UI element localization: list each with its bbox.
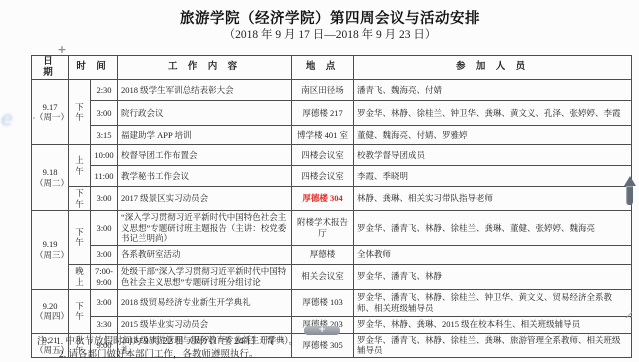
cell-participants: 李霞、季晓明 — [354, 166, 632, 187]
watermark-artifact: e — [1, 108, 13, 130]
table-row: 9.17 （周一） 下午 2:30 2018 级学生军训总结表彰大会 南区田径场… — [32, 80, 632, 101]
cell-content: 2018 级学生军训总结表彰大会 — [118, 80, 292, 101]
cell-period: 下午 — [69, 211, 91, 265]
cell-participants: 潘青飞、魏海亮、付婧 — [354, 80, 632, 101]
cell-location: 四楼会议室 — [292, 145, 354, 166]
cell-time: 7:00- 9:00 — [91, 264, 118, 289]
cell-time: 3:00 — [91, 289, 118, 316]
table-row: 3:00 院行政会议 厚德楼 217 罗金华、林静、徐桂兰、钟卫华、龚琳、黄文义… — [32, 101, 632, 126]
cell-time: 10:00 — [91, 145, 118, 166]
cell-participants: 罗金华、潘青飞、林静、徐桂兰、龚琳、董健、张婷婷、魏海亮 — [354, 211, 632, 246]
cell-date: 9.20 （周四） — [32, 289, 69, 333]
cell-location: 相关会议室 — [292, 264, 354, 289]
cell-date: 9.18 （周二） — [32, 145, 69, 211]
footnotes: 注：1. 中秋节放假时间为 9 月 22 日（周六）至 24 日（周一）。 2.… — [37, 336, 298, 362]
cell-period: 下午 — [69, 80, 91, 145]
cell-location: 厚德楼 — [292, 245, 354, 264]
dot-artifact — [33, 117, 35, 119]
cell-time: 3:00 — [91, 101, 118, 126]
cell-participants: 罗金华、林静、龚琳、2015 级在校本科生、相关班级辅导员 — [354, 316, 632, 333]
table-row: 3:00 各系教研室活动 厚德楼 全体教师 — [32, 245, 632, 264]
arrow-head — [624, 176, 636, 186]
table-row: 3:15 福建助学 APP 培训 博学楼 401 室 董健、魏海亮、付婧、罗雅婷 — [32, 126, 632, 145]
table-row: 9.18 （周二） 上午 10:00 校督导团工作布置会 四楼会议室 校教学督导… — [32, 145, 632, 166]
arrow-stem — [626, 186, 633, 205]
cell-time: 3:00 — [91, 245, 118, 264]
cell-location-highlighted: 厚德楼 304 — [292, 187, 354, 211]
cell-location: 厚德楼 305 — [292, 333, 354, 357]
cell-period: 上午 — [69, 145, 91, 187]
cell-time: 2:30 — [91, 80, 118, 101]
header-time: 时 间 — [69, 56, 118, 80]
cell-participants: 罗金华、潘青飞、林静 — [354, 264, 632, 289]
cell-participants: 校教学督导团成员 — [354, 145, 632, 166]
cell-location: 南区田径场 — [292, 80, 354, 101]
cell-period: 晚上 — [69, 264, 91, 289]
header-date: 日 期 — [32, 56, 69, 80]
cell-location: 厚德楼 103 — [292, 289, 354, 316]
cell-content: 教学秘书工作会议 — [118, 166, 292, 187]
page-subtitle: （2018 年 9 月 17 日—2018 年 9 月 23 日） — [0, 26, 639, 42]
cell-content: 2018 级贸易经济专业新生开学典礼 — [118, 289, 292, 316]
cell-time: 3:00 — [91, 187, 118, 211]
cell-participants: 董健、魏海亮、付婧、罗雅婷 — [354, 126, 632, 145]
plus-button[interactable]: + — [304, 326, 340, 335]
cell-participants: 罗金华、潘青飞、林静、徐桂兰、钟卫华、黄文义、贸易经济全系教师、相关班级辅导员 — [354, 289, 632, 316]
table-row: 下午 3:00 2017 级景区实习动员会 厚德楼 304 林静、龚琳、相关实习… — [32, 187, 632, 211]
table-header-row: 日 期 时 间 工 作 内 容 地 点 参 加 人 员 — [32, 56, 632, 80]
cell-location: 厚德楼 217 — [292, 101, 354, 126]
cell-location: 四楼会议室 — [292, 166, 354, 187]
cell-participants: 罗金华、潘青飞、林静、徐桂兰、龚琳、旅游管理全系教师、相关班级辅导员 — [354, 333, 632, 357]
cell-period: 下午 — [69, 289, 91, 333]
cell-location: 博学楼 401 室 — [292, 126, 354, 145]
header-content: 工 作 内 容 — [118, 56, 292, 80]
scroll-up-arrow-icon[interactable] — [623, 176, 636, 207]
cell-time: 11:00 — [91, 166, 118, 187]
schedule-table: 日 期 时 间 工 作 内 容 地 点 参 加 人 员 9.17 （周一） 下午… — [31, 55, 632, 358]
header-participants: 参 加 人 员 — [354, 56, 632, 80]
cell-date: 9.19 （周三） — [32, 211, 69, 290]
table-row: 9.19 （周三） 下午 3:00 “深入学习贯彻习近平新时代中国特色社会主义思… — [32, 211, 632, 246]
cell-participants: 全体教师 — [354, 245, 632, 264]
cell-content: 福建助学 APP 培训 — [118, 126, 292, 145]
cell-period: 下午 — [69, 187, 91, 211]
cell-content: 2015 级毕业实习动员会 — [118, 316, 292, 333]
cell-content: 院行政会议 — [118, 101, 292, 126]
cell-content: 处级干部“深入学习贯彻习近平新时代中国特色社会主义思想”专题研讨班分组讨论 — [118, 264, 292, 289]
cell-time: 3:15 — [91, 126, 118, 145]
table-row: 11:00 教学秘书工作会议 四楼会议室 李霞、季晓明 — [32, 166, 632, 187]
cell-time: 3:00 — [91, 211, 118, 246]
cell-time: 3:30 — [91, 316, 118, 333]
cell-location: 附楼学术报告厅 — [292, 211, 354, 246]
cell-content: 校督导团工作布置会 — [118, 145, 292, 166]
cell-participants: 罗金华、林静、徐桂兰、钟卫华、龚琳、黄文义、孔泽、张婷婷、李霞 — [354, 101, 632, 126]
footnote-line-2: 2. 请各部门做好本部门工作，各教师遵照执行。 — [59, 349, 298, 362]
table-row: 9.20 （周四） 下午 3:00 2018 级贸易经济专业新生开学典礼 厚德楼… — [32, 289, 632, 316]
footnote-line-1: 注：1. 中秋节放假时间为 9 月 22 日（周六）至 24 日（周一）。 — [37, 336, 298, 349]
cell-date: 9.17 （周一） — [32, 80, 69, 145]
cell-content: 各系教研室活动 — [118, 245, 292, 264]
cell-content: “深入学习贯彻习近平新时代中国特色社会主义思想”专题研讨班主题报告（主讲：校党委… — [118, 211, 292, 246]
cell-content: 2017 级景区实习动员会 — [118, 187, 292, 211]
page-title: 旅游学院（经济学院）第四周会议与活动安排 — [0, 7, 639, 28]
cell-participants: 林静、龚琳、相关实习带队指导老师 — [354, 187, 632, 211]
header-location: 地 点 — [292, 56, 354, 80]
table-row: 晚上 7:00- 9:00 处级干部“深入学习贯彻习近平新时代中国特色社会主义思… — [32, 264, 632, 289]
